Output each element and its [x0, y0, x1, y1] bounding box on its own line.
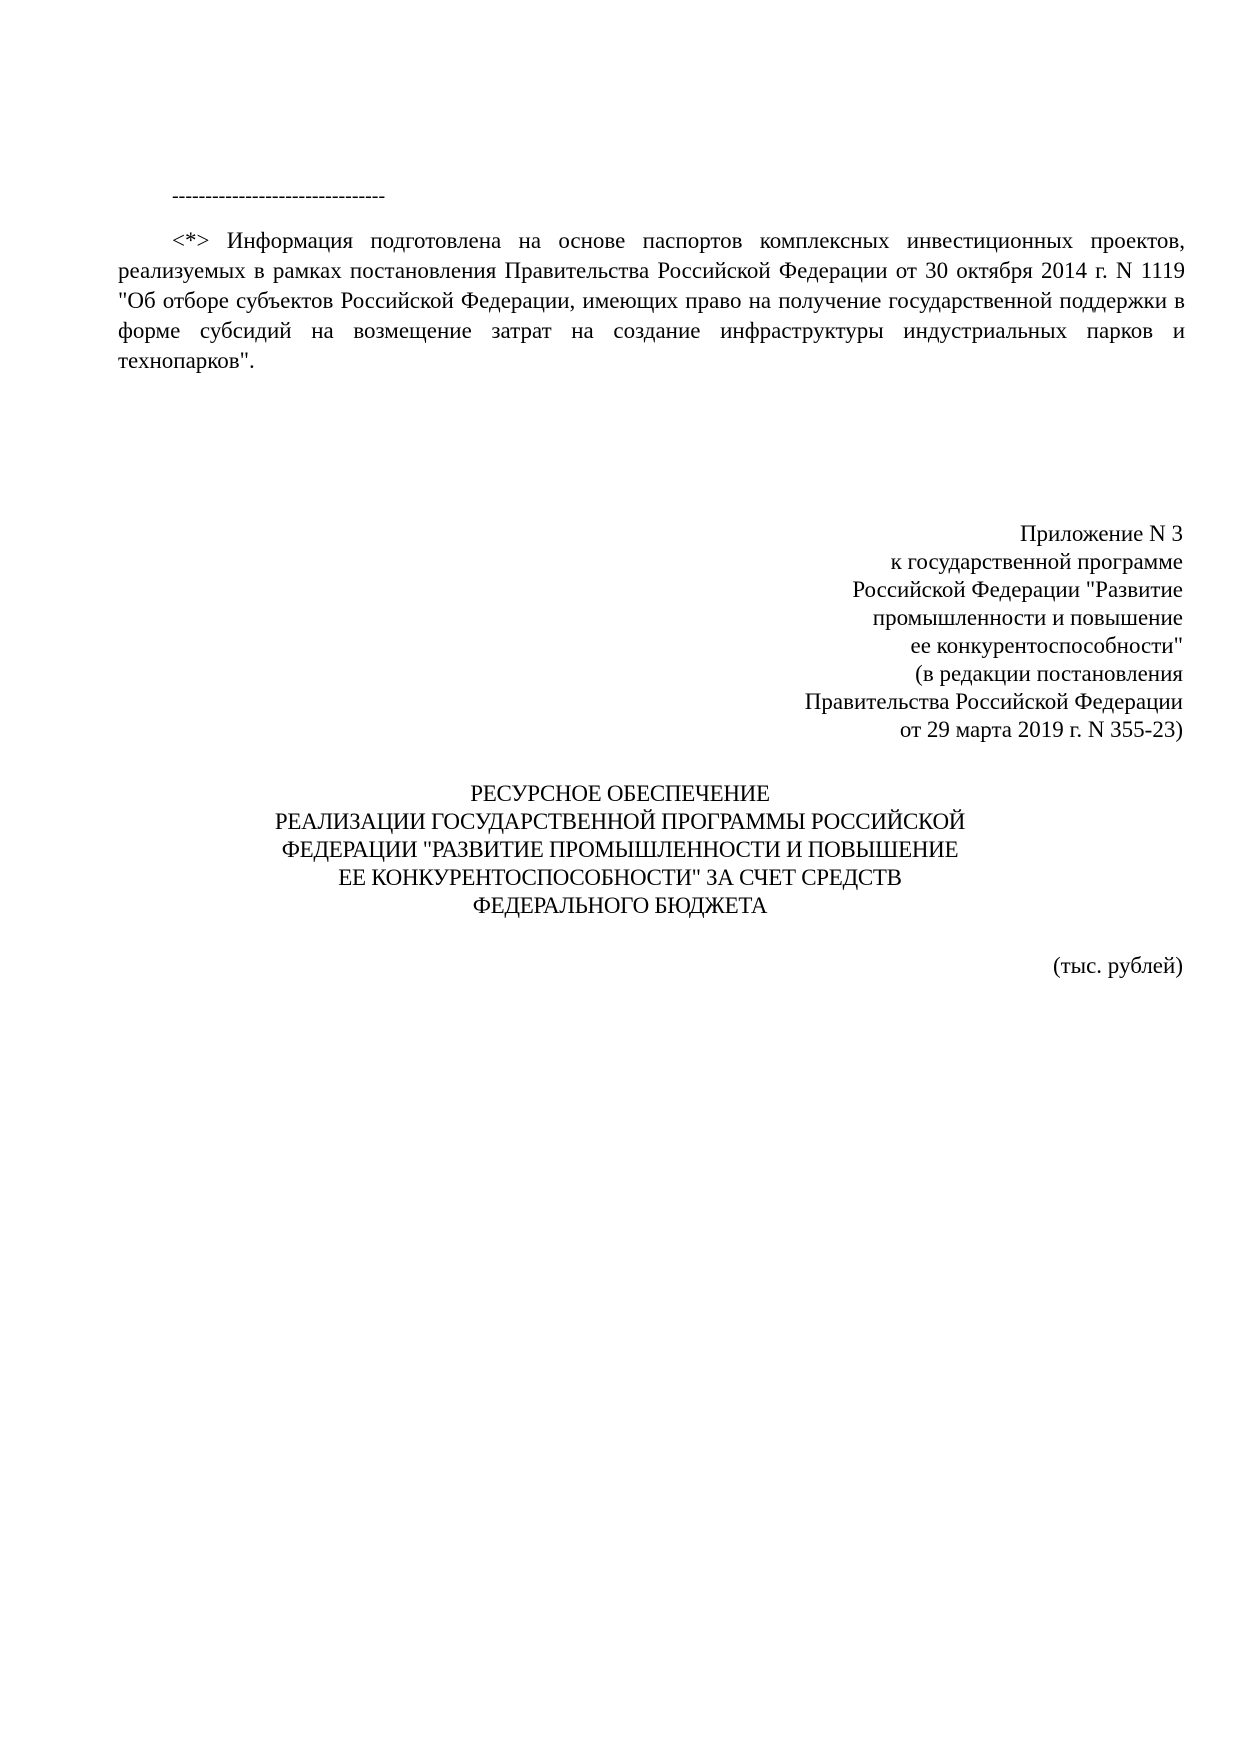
document-title: РЕСУРСНОЕ ОБЕСПЕЧЕНИЕ РЕАЛИЗАЦИИ ГОСУДАР…	[0, 780, 1240, 920]
title-line: ФЕДЕРАЦИИ "РАЗВИТИЕ ПРОМЫШЛЕННОСТИ И ПОВ…	[0, 836, 1240, 864]
footnote-separator: --------------------------------	[172, 186, 385, 206]
appendix-line: (в редакции постановления	[805, 660, 1183, 688]
appendix-line: к государственной программе	[805, 548, 1183, 576]
appendix-line: ее конкурентоспособности"	[805, 632, 1183, 660]
title-line: ФЕДЕРАЛЬНОГО БЮДЖЕТА	[0, 892, 1240, 920]
footnote-text: <*> Информация подготовлена на основе па…	[118, 226, 1185, 376]
units-label: (тыс. рублей)	[1053, 952, 1183, 980]
appendix-header: Приложение N 3 к государственной програм…	[805, 520, 1183, 744]
title-line: ЕЕ КОНКУРЕНТОСПОСОБНОСТИ" ЗА СЧЕТ СРЕДСТ…	[0, 864, 1240, 892]
footnote: <*> Информация подготовлена на основе па…	[118, 226, 1185, 376]
appendix-line: от 29 марта 2019 г. N 355-23)	[805, 716, 1183, 744]
appendix-line: промышленности и повышение	[805, 604, 1183, 632]
appendix-line: Российской Федерации "Развитие	[805, 576, 1183, 604]
appendix-line: Правительства Российской Федерации	[805, 688, 1183, 716]
title-line: РЕАЛИЗАЦИИ ГОСУДАРСТВЕННОЙ ПРОГРАММЫ РОС…	[0, 808, 1240, 836]
appendix-line: Приложение N 3	[805, 520, 1183, 548]
title-line: РЕСУРСНОЕ ОБЕСПЕЧЕНИЕ	[0, 780, 1240, 808]
